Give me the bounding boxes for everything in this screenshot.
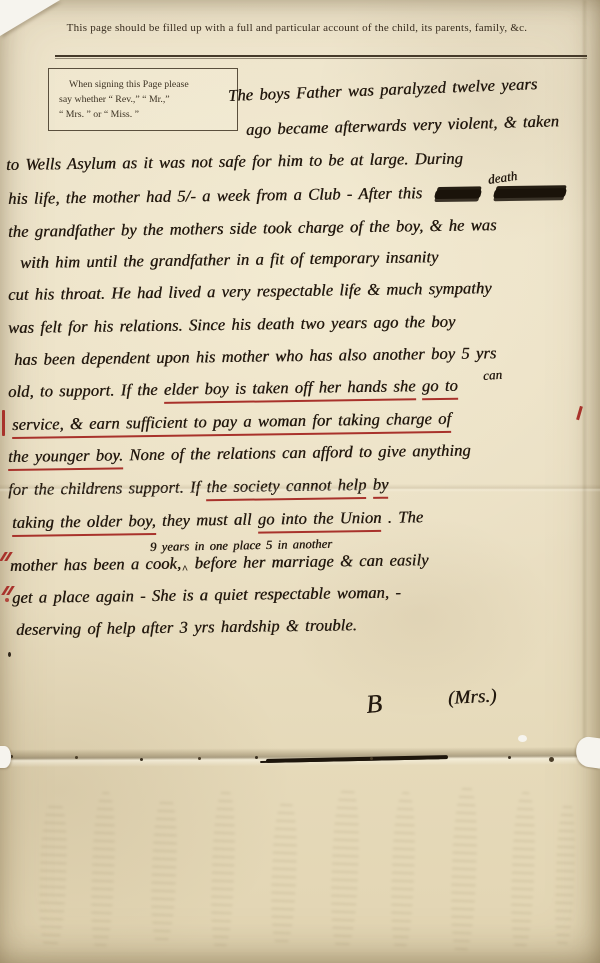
scanned-document: This page should be filled up with a ful… [0, 0, 600, 963]
signature-title: (Mrs.) [447, 685, 497, 710]
manuscript-line: the younger boy. None of the relations c… [8, 441, 471, 467]
manuscript-line: ago became afterwards very violent, & ta… [246, 111, 560, 140]
manuscript-line: was felt for his relations. Since his de… [8, 312, 456, 338]
struck-out-word [434, 189, 482, 199]
manuscript-line: The boys Father was paralyzed twelve yea… [228, 74, 538, 106]
fold-crease-main [0, 747, 600, 768]
manuscript-line: mother has been a cook,^ before her marr… [10, 550, 429, 578]
manuscript-line: old, to support. If the elder boy is tak… [8, 376, 458, 402]
manuscript-line: with him until the grandfather in a fit … [20, 247, 439, 273]
red-speck-annotation [5, 598, 9, 602]
paper-page: This page should be filled up with a ful… [0, 0, 600, 963]
manuscript-line: the grandfather by the mothers side took… [8, 215, 497, 242]
manuscript-line: taking the older boy, they must all go i… [12, 507, 423, 533]
manuscript-line: get a place again - She is a quiet respe… [12, 583, 401, 608]
manuscript-line: to Wells Asylum as it was not safe for h… [6, 149, 463, 175]
manuscript-line: service, & earn sufficient to pay a woma… [12, 409, 451, 435]
manuscript-line: deserving of help after 3 yrs hardship &… [16, 615, 357, 640]
torn-corner [0, 0, 60, 36]
red-ticks-annotation [0, 552, 7, 561]
manuscript-line: cut his throat. He had lived a very resp… [8, 278, 492, 305]
red-ticks-annotation [1, 586, 9, 595]
right-edge-crease [583, 0, 586, 752]
torn-notch-small [518, 735, 527, 742]
manuscript-line: has been dependent upon his mother who h… [14, 343, 497, 370]
inserted-word: can [482, 367, 502, 384]
signature-initial: B [365, 689, 384, 720]
struck-out-word [493, 188, 567, 198]
manuscript-lines: The boys Father was paralyzed twelve yea… [0, 0, 600, 963]
red-bar-annotation [2, 410, 5, 436]
ink-speck-annotation [8, 652, 11, 657]
red-end-tick-annotation [576, 406, 582, 420]
fold-crease-mid [0, 484, 600, 492]
